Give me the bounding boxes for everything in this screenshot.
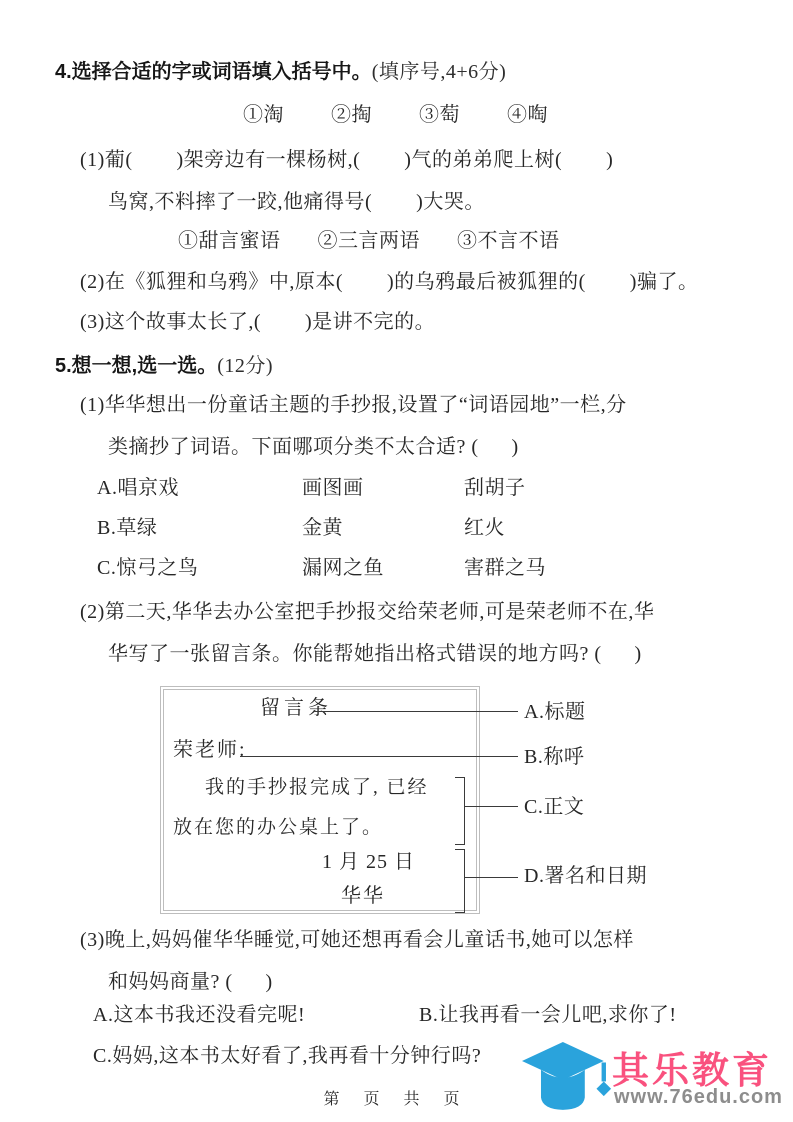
question-4-score: (填序号,4+6分)	[372, 61, 507, 83]
q5-part2-line2: 华写了一张留言条。你能帮她指出格式错误的地方吗? ( )	[108, 642, 642, 667]
q5-choice-row-a: A.唱京戏画图画刮胡子	[97, 476, 526, 501]
question-5-header: 5.想一想,选一选。(12分)	[55, 354, 273, 379]
brand-url: www.76edu.com	[614, 1086, 783, 1109]
graduation-cap-icon	[522, 1040, 614, 1120]
worksheet-page: 4.选择合适的字或词语填入括号中。(填序号,4+6分) ①淘 ②掏 ③萄 ④啕 …	[0, 0, 793, 1122]
row-a-col2: 画图画	[302, 476, 464, 501]
note-salutation: 荣老师:	[173, 738, 247, 763]
question-4-title: 4.选择合适的字或词语填入括号中。	[55, 61, 372, 83]
row-b-col2: 金黄	[302, 516, 464, 541]
callout-line-body	[464, 806, 518, 807]
row-a-col3: 刮胡子	[464, 477, 526, 499]
word-option-1: ①甜言蜜语	[178, 229, 281, 254]
question-5-title: 5.想一想,选一选。	[55, 355, 217, 377]
callout-label-body: C.正文	[524, 795, 584, 820]
q5-part2-line1: (2)第二天,华华去办公室把手抄报交给荣老师,可是荣老师不在,华	[80, 600, 654, 625]
q4-word-options: ①甜言蜜语 ②三言两语 ③不言不语	[178, 229, 560, 254]
char-option-3: ③萄	[419, 103, 460, 128]
row-a-col1: A.唱京戏	[97, 476, 302, 501]
q5-part1-line1: (1)华华想出一份童话主题的手抄报,设置了“词语园地”一栏,分	[80, 393, 627, 418]
word-option-3: ③不言不语	[457, 229, 560, 254]
question-5-score: (12分)	[217, 355, 273, 377]
char-option-2: ②掏	[331, 103, 372, 128]
q4-character-options: ①淘 ②掏 ③萄 ④啕	[243, 103, 548, 128]
note-body-line1: 我的手抄报完成了, 已经	[205, 776, 429, 800]
row-c-col2: 漏网之鱼	[302, 556, 464, 581]
q5-part3-line2: 和妈妈商量? ( )	[108, 970, 273, 995]
brand-watermark: 其乐教育 www.76edu.com	[508, 1032, 793, 1122]
q5-part3-option-a: A.这本书我还没看完呢!	[93, 1003, 305, 1028]
row-c-col1: C.惊弓之鸟	[97, 556, 302, 581]
callout-line-signature	[464, 877, 518, 878]
q4-part2: (2)在《狐狸和乌鸦》中,原本( )的乌鸦最后被狐狸的( )骗了。	[80, 270, 698, 295]
callout-line-title	[314, 711, 518, 712]
callout-label-signature: D.署名和日期	[524, 864, 647, 889]
q5-part3-line1: (3)晚上,妈妈催华华睡觉,可她还想再看会儿童话书,她可以怎样	[80, 928, 634, 953]
row-b-col3: 红火	[464, 517, 505, 539]
callout-bracket-body	[455, 777, 465, 845]
q5-part1-line2: 类摘抄了词语。下面哪项分类不太合适? ( )	[108, 435, 519, 460]
q5-part3-option-b: B.让我再看一会儿吧,求你了!	[419, 1003, 677, 1028]
note-title: 留言条	[260, 696, 332, 721]
row-b-col1: B.草绿	[97, 516, 302, 541]
callout-bracket-signature	[455, 849, 465, 913]
char-option-4: ④啕	[507, 103, 548, 128]
note-signature: 华华	[341, 884, 385, 909]
question-4-header: 4.选择合适的字或词语填入括号中。(填序号,4+6分)	[55, 60, 506, 85]
note-date: 1 月 25 日	[322, 850, 415, 875]
row-c-col3: 害群之马	[464, 557, 546, 579]
q4-part3: (3)这个故事太长了,( )是讲不完的。	[80, 310, 435, 335]
word-option-2: ②三言两语	[318, 229, 421, 254]
q4-part1-line1: (1)葡( )架旁边有一棵杨树,( )气的弟弟爬上树( )	[80, 148, 613, 173]
note-body-line2: 放在您的办公桌上了。	[173, 816, 383, 840]
q5-choice-row-c: C.惊弓之鸟漏网之鱼害群之马	[97, 556, 546, 581]
char-option-1: ①淘	[243, 103, 284, 128]
q5-choice-row-b: B.草绿金黄红火	[97, 516, 505, 541]
q5-part3-option-c: C.妈妈,这本书太好看了,我再看十分钟行吗?	[93, 1044, 481, 1069]
callout-label-salutation: B.称呼	[524, 745, 584, 770]
callout-label-title: A.标题	[524, 700, 585, 725]
callout-line-salutation	[240, 756, 518, 757]
q4-part1-line2: 鸟窝,不料摔了一跤,他痛得号( )大哭。	[108, 190, 485, 215]
